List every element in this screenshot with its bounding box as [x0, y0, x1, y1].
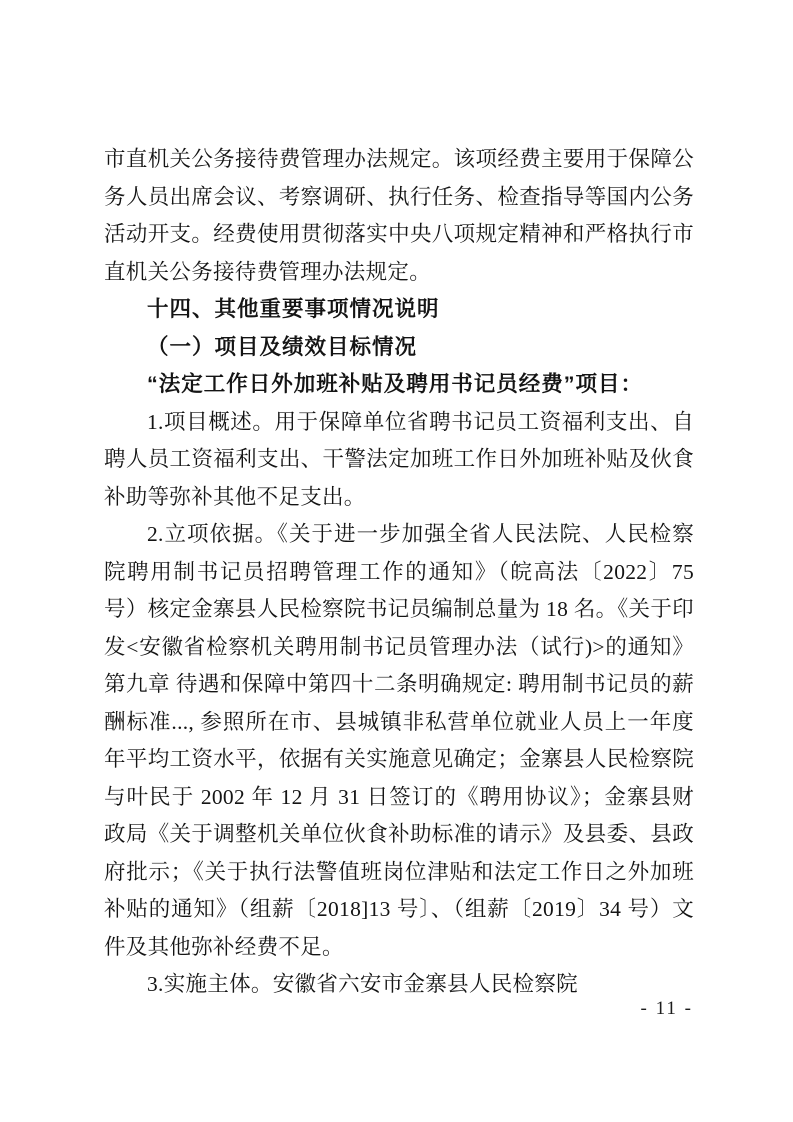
- paragraph-project-overview: 1.项目概述。用于保障单位省聘书记员工资福利支出、自聘人员工资福利支出、干警法定…: [104, 404, 694, 517]
- document-page: 市直机关公务接待费管理办法规定。该项经费主要用于保障公务人员出席会议、考察调研、…: [0, 0, 793, 1122]
- paragraph-implementing-body: 3.实施主体。安徽省六安市金寨县人民检察院: [104, 966, 694, 1004]
- subsection-heading-project-performance-targets: （一）项目及绩效目标情况: [104, 329, 694, 367]
- project-title-heading: “法定工作日外加班补贴及聘用书记员经费”项目：: [104, 366, 694, 404]
- section-heading-other-important-matters: 十四、其他重要事项情况说明: [104, 291, 694, 329]
- page-number: - 11 -: [641, 997, 693, 1021]
- document-text-block: 市直机关公务接待费管理办法规定。该项经费主要用于保障公务人员出席会议、考察调研、…: [104, 141, 694, 1004]
- paragraph-project-basis: 2.立项依据。《关于进一步加强全省人民法院、人民检察院聘用制书记员招聘管理工作的…: [104, 516, 694, 966]
- body-paragraph-reception-expense: 市直机关公务接待费管理办法规定。该项经费主要用于保障公务人员出席会议、考察调研、…: [104, 141, 694, 291]
